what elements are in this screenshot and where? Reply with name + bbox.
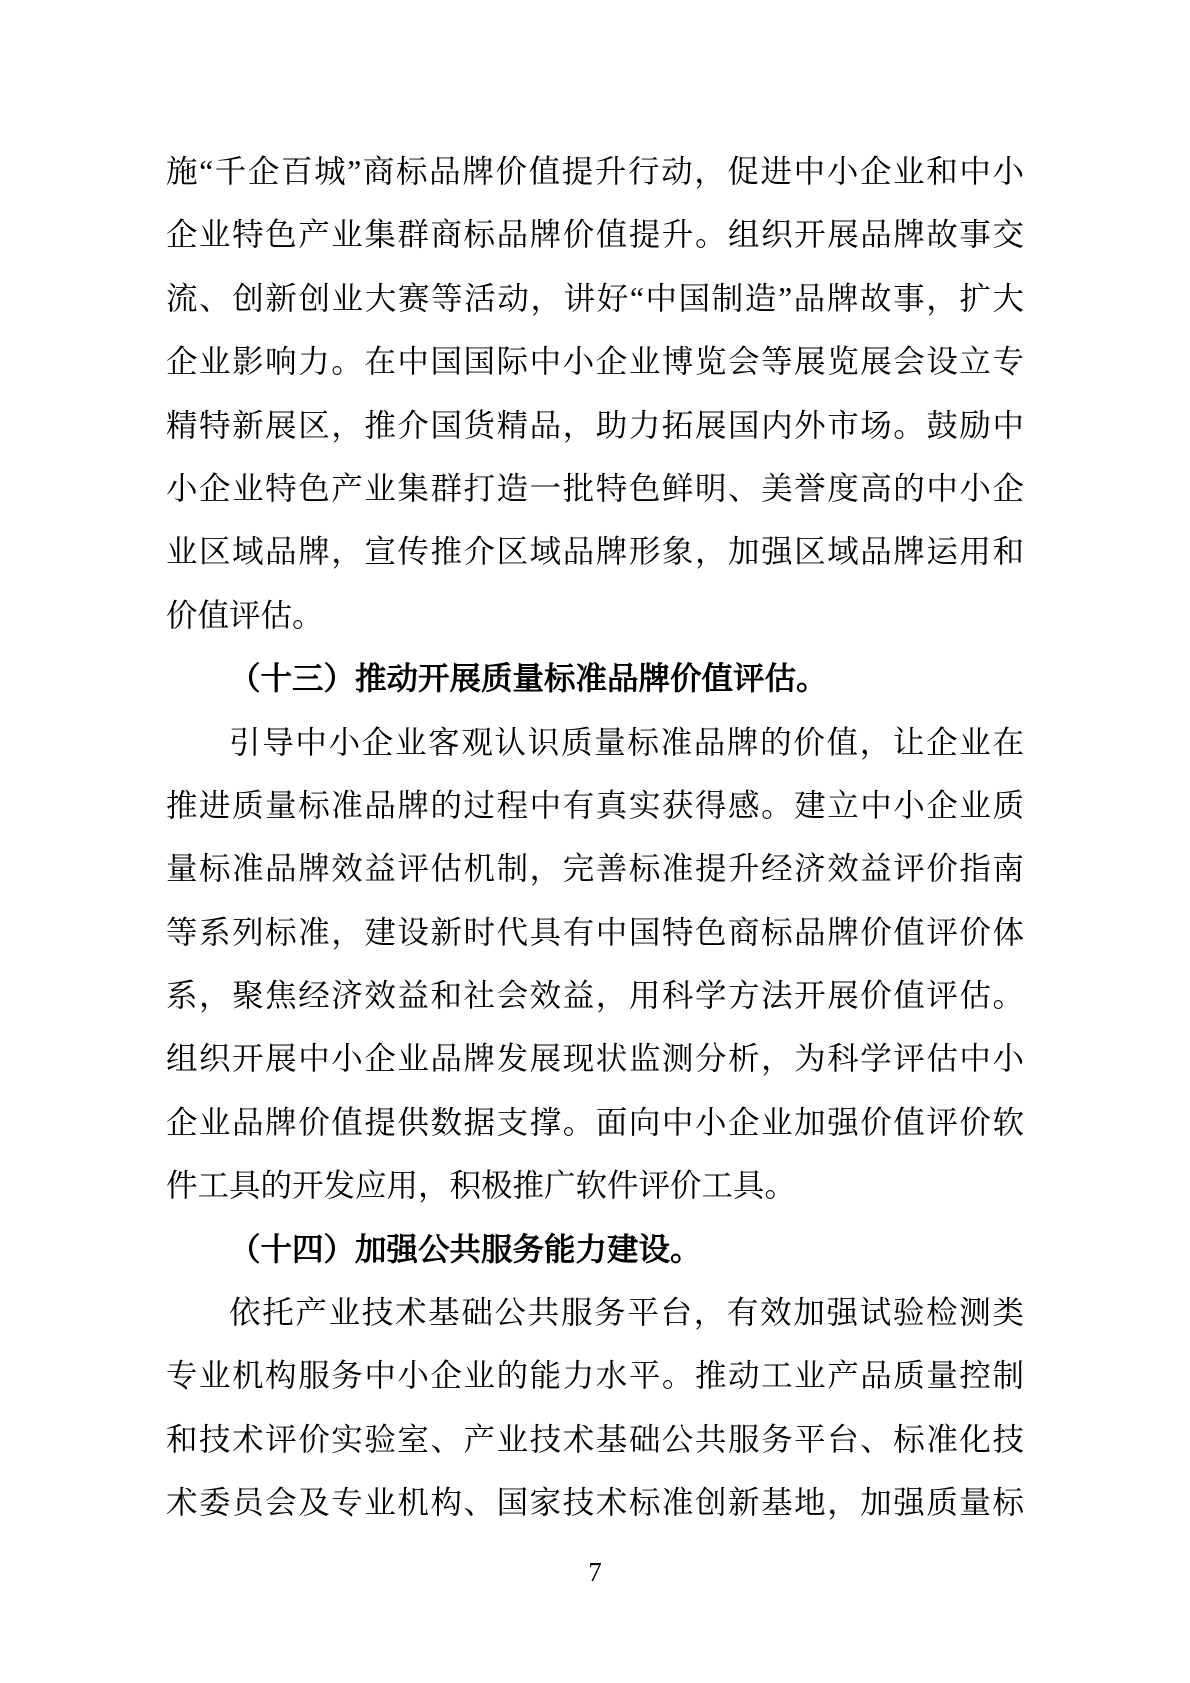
section-heading-14: （十四）加强公共服务能力建设。: [166, 1218, 1024, 1281]
body-line: 小企业特色产业集群打造一批特色鲜明、美誉度高的中小企: [166, 457, 1024, 520]
section-heading-13: （十三）推动开展质量标准品牌价值评估。: [166, 647, 1024, 710]
paragraph-end-line: 价值评估。: [166, 584, 1024, 647]
body-line: 和技术评价实验室、产业技术基础公共服务平台、标准化技: [166, 1408, 1024, 1471]
body-line: 企业影响力。在中国国际中小企业博览会等展览展会设立专: [166, 330, 1024, 393]
body-line: 企业品牌价值提供数据支撑。面向中小企业加强价值评价软: [166, 1091, 1024, 1154]
body-line: 流、创新创业大赛等活动，讲好“中国制造”品牌故事，扩大: [166, 267, 1024, 330]
body-line: 精特新展区，推介国货精品，助力拓展国内外市场。鼓励中: [166, 394, 1024, 457]
text-block: 施“千企百城”商标品牌价值提升行动，促进中小企业和中小 企业特色产业集群商标品牌…: [166, 140, 1024, 1535]
body-line: 量标准品牌效益评估机制，完善标准提升经济效益评价指南: [166, 837, 1024, 900]
paragraph-end-line: 件工具的开发应用，积极推广软件评价工具。: [166, 1154, 1024, 1217]
body-line: 企业特色产业集群商标品牌价值提升。组织开展品牌故事交: [166, 203, 1024, 266]
paragraph-start-line: 依托产业技术基础公共服务平台，有效加强试验检测类: [166, 1281, 1024, 1344]
body-line: 推进质量标准品牌的过程中有真实获得感。建立中小企业质: [166, 774, 1024, 837]
paragraph-start-line: 引导中小企业客观认识质量标准品牌的价值，让企业在: [166, 711, 1024, 774]
body-line: 术委员会及专业机构、国家技术标准创新基地，加强质量标: [166, 1471, 1024, 1534]
body-line: 组织开展中小企业品牌发展现状监测分析，为科学评估中小: [166, 1027, 1024, 1090]
body-line: 施“千企百城”商标品牌价值提升行动，促进中小企业和中小: [166, 140, 1024, 203]
body-line: 系，聚焦经济效益和社会效益，用科学方法开展价值评估。: [166, 964, 1024, 1027]
document-page: 施“千企百城”商标品牌价值提升行动，促进中小企业和中小 企业特色产业集群商标品牌…: [0, 0, 1190, 1683]
body-line: 业区域品牌，宣传推介区域品牌形象，加强区域品牌运用和: [166, 520, 1024, 583]
body-line: 等系列标准，建设新时代具有中国特色商标品牌价值评价体: [166, 901, 1024, 964]
body-line: 专业机构服务中小企业的能力水平。推动工业产品质量控制: [166, 1344, 1024, 1407]
page-number: 7: [0, 1552, 1190, 1592]
